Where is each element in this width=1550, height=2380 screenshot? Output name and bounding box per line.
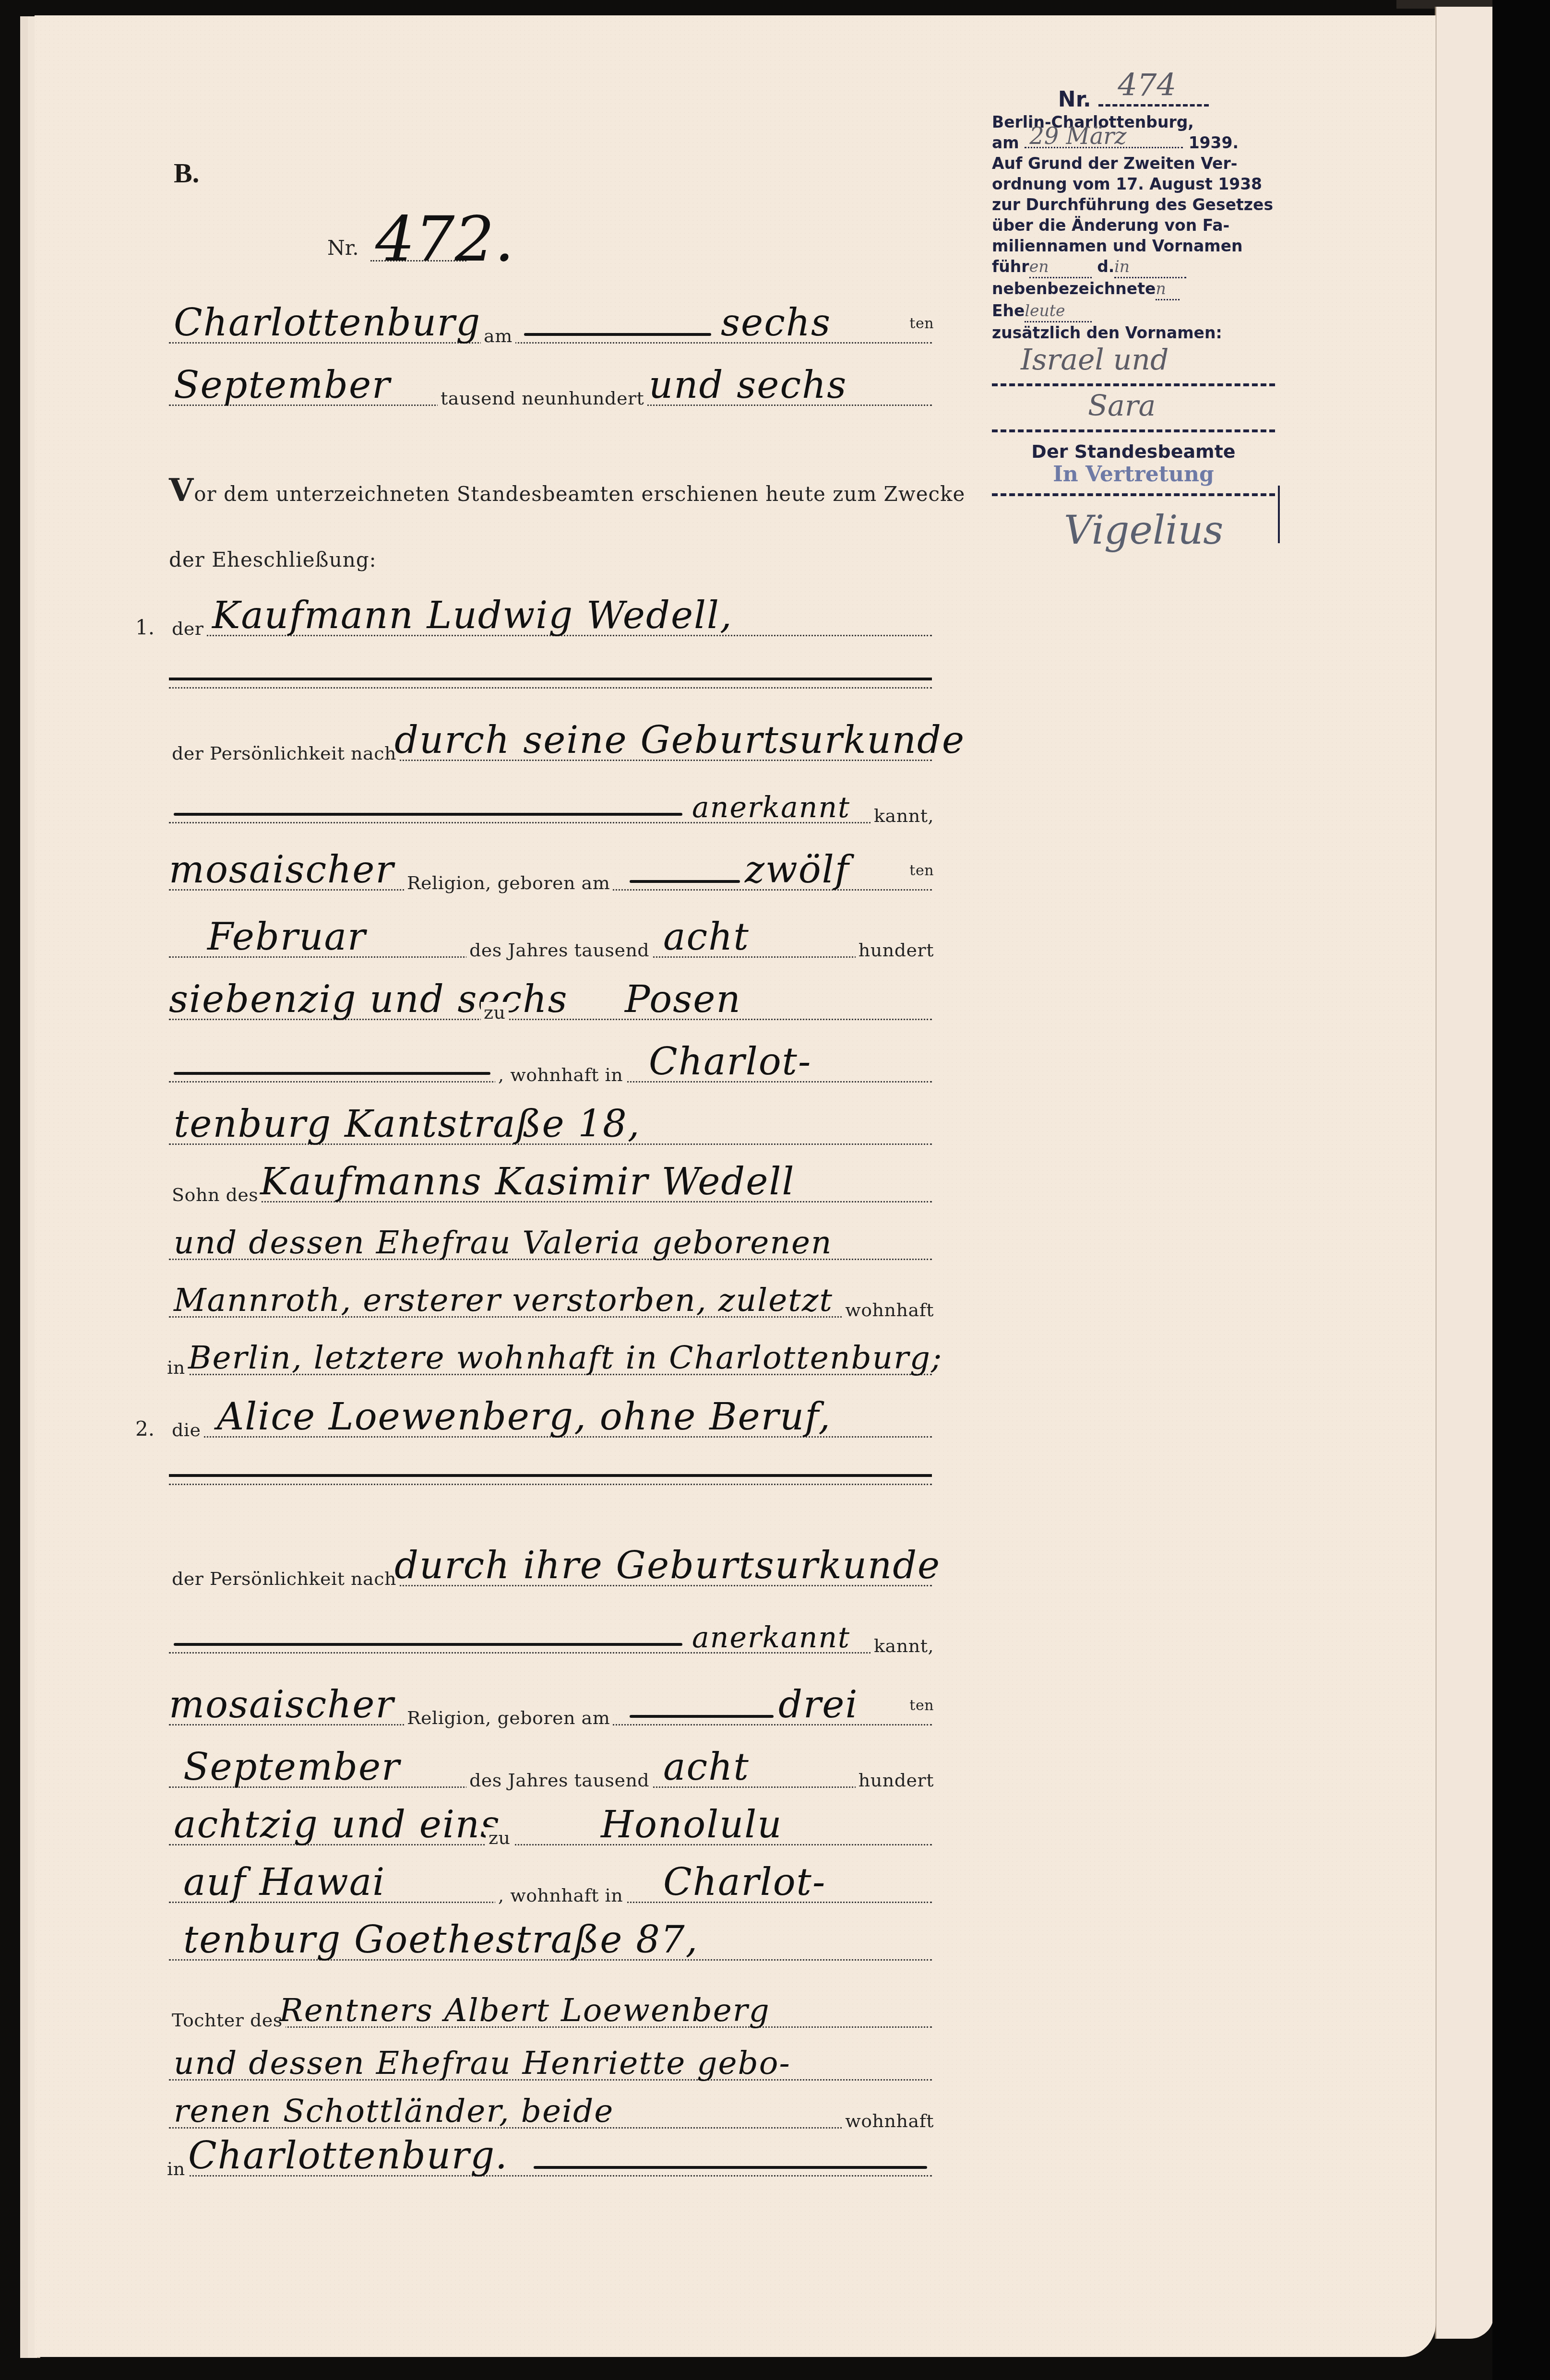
year-printed-label: tausend neunhundert [438, 388, 647, 409]
stamp-line-1: Auf Grund der Zweiten Ver- [992, 153, 1275, 174]
hundert-label: hundert [856, 1770, 937, 1791]
thick-rule [169, 678, 932, 680]
stamp-nr-label: Nr. [1058, 87, 1091, 112]
religion-label: Religion, geboren am [404, 872, 613, 893]
zu-label: zu [486, 1827, 513, 1848]
groom-parents-residence-row: in Berlin, letztere wohnhaft in Charlott… [169, 1335, 932, 1378]
ten-label: ten [906, 1697, 937, 1714]
strike-rule [630, 880, 740, 883]
groom-known-row: anerkannt kannt, [169, 783, 932, 826]
strike-rule [630, 1715, 774, 1718]
groom-residence-2: tenburg Kantstraße 18, [174, 1103, 641, 1146]
parents-label: Tochter des [169, 2010, 286, 2031]
bride-mother-1: und dessen Ehefrau Henriette gebo- [174, 2045, 791, 2082]
stamp-official-title: Der Standesbeamte [992, 441, 1275, 462]
bride-birthplace-row: achtzig und eins zu Honolulu [169, 1805, 932, 1848]
ten-label: ten [906, 862, 937, 879]
stamp-ehe-line: Eheleute [992, 300, 1275, 322]
section-letter: B. [174, 157, 199, 189]
stamp-line-4: über die Änderung von Fa- [992, 215, 1275, 236]
stamp-fuehr-hand: en [1029, 256, 1092, 278]
groom-father: Kaufmanns Kasimir Wedell [260, 1160, 795, 1203]
groom-parents-residence: Berlin, letztere wohnhaft in Charlottenb… [188, 1339, 942, 1376]
place-value: Charlottenburg [174, 301, 481, 345]
strike-rule [174, 1072, 490, 1075]
entry-number-value: 472. [375, 202, 514, 275]
groom-religion: mosaischer [169, 848, 394, 892]
bride-residence-row-2: tenburg Goethestraße 87, [169, 1920, 932, 1963]
stamp-fuehr-line: führen d.in [992, 256, 1275, 278]
bride-month-row: September des Jahres tausend acht hunder… [169, 1748, 932, 1791]
bride-parents-residence-row: in Charlottenburg. [169, 2136, 932, 2179]
ten-label: ten [906, 315, 937, 332]
stamp-names-1: Israel und [992, 343, 1275, 377]
strike-rule [534, 2166, 927, 2169]
bride-birthplace-2: auf Hawai [183, 1861, 385, 1904]
stamp-names-hand-1: Israel und [1021, 343, 1168, 377]
dotted-line [169, 1484, 932, 1485]
intro-text: Vor dem unterzeichneten Standesbeamten e… [169, 471, 965, 509]
groom-mother-1: und dessen Ehefrau Valeria geborenen [174, 1224, 832, 1261]
register-page: B. Nr. 472. Charlottenburg am sechs ten … [35, 15, 1436, 2357]
scan-right-border [1492, 0, 1550, 2380]
year-hand-value: und sechs [649, 364, 847, 407]
bride-mother-row: und dessen Ehefrau Henriette gebo- [169, 2040, 932, 2083]
stamp-nr-value: 474 [1118, 68, 1176, 103]
stamp-wavy-rule [992, 489, 1275, 496]
stamp-year: 1939. [1189, 133, 1239, 152]
bride-birth-century: acht [663, 1746, 750, 1789]
stamp-line-3: zur Durchführung des Gesetzes [992, 194, 1275, 215]
stamp-date-field: 29 März [1025, 132, 1183, 148]
known-suffix: kannt, [871, 1635, 937, 1656]
bride-mother-row-2: renen Schottländer, beide wohnhaft [169, 2088, 932, 2131]
groom-name: Kaufmann Ludwig Wedell, [212, 594, 733, 637]
stamp-nr-line: 474 [1098, 99, 1209, 107]
am-label: am [481, 325, 515, 346]
bride-known-row: anerkannt kannt, [169, 1613, 932, 1656]
bride-father-row: Tochter des Rentners Albert Loewenberg [169, 1987, 932, 2031]
residence-label: , wohnhaft in [495, 1885, 626, 1906]
zu-label: zu [481, 1002, 509, 1023]
intro-line2: der Eheschließung: [169, 548, 377, 571]
groom-religion-row: mosaischer Religion, geboren am zwölf te… [169, 850, 932, 893]
intro-rest: or dem unterzeichneten Standesbeamten er… [194, 482, 965, 506]
intro-initial: V [169, 471, 194, 509]
stamp-fuehr-label: führ [992, 257, 1029, 276]
stamp-names-hand-2: Sara [1088, 389, 1156, 423]
groom-month-row: Februar des Jahres tausend acht hundert [169, 917, 932, 961]
stamp-neben-line: nebenbezeichneten [992, 278, 1275, 300]
stamp-am-label: am [992, 133, 1019, 152]
groom-mother-row: und dessen Ehefrau Valeria geborenen [169, 1220, 932, 1263]
stamp-date-hand: 29 März [1029, 126, 1126, 147]
bride-identity-value: durch ihre Geburtsurkunde [394, 1544, 941, 1587]
bride-name: Alice Loewenberg, ohne Beruf, [217, 1395, 831, 1439]
bride-religion: mosaischer [169, 1683, 394, 1726]
religion-label: Religion, geboren am [404, 1707, 613, 1728]
bride-birth-day: drei [778, 1683, 858, 1726]
stamp-signature: Vigelius [1064, 508, 1275, 553]
entry-number-label: Nr. [327, 236, 359, 260]
bride-known-hand: anerkannt [692, 1621, 850, 1654]
bride-number: 2. [135, 1417, 155, 1440]
stamp-d-hand: in [1114, 256, 1186, 278]
day-value: sechs [721, 301, 831, 345]
stamp-number: Nr. 474 [992, 87, 1275, 112]
bride-birth-month: September [183, 1746, 400, 1789]
groom-article: der [169, 618, 206, 639]
stamp-line-5: miliennamen und Vornamen [992, 236, 1275, 256]
groom-strike-rule [169, 673, 932, 702]
bride-parents-residence: Charlottenburg. [188, 2134, 508, 2178]
stamp-zusaetzlich-label: zusätzlich den Vornamen: [992, 322, 1275, 343]
groom-mother-2: Mannroth, ersterer verstorben, zuletzt [174, 1282, 833, 1319]
month-year-row: September tausend neunhundert und sechs [169, 366, 932, 409]
stamp-d-label: d. [1097, 257, 1114, 276]
hundert-label: hundert [856, 940, 937, 961]
known-suffix: kannt, [871, 805, 937, 826]
stamp-neben-label: nebenbezeichnete [992, 279, 1156, 298]
bride-name-row: 2. die Alice Loewenberg, ohne Beruf, [169, 1397, 932, 1440]
stamp-wavy-rule [992, 426, 1275, 432]
stamp-wavy-rule [992, 380, 1275, 386]
bride-residence-1: Charlot- [663, 1861, 826, 1904]
thick-rule [169, 1474, 932, 1477]
groom-mother-row-2: Mannroth, ersterer verstorben, zuletzt w… [169, 1277, 932, 1321]
groom-name-row: 1. der Kaufmann Ludwig Wedell, [169, 596, 932, 639]
groom-birth-month: Februar [207, 916, 366, 959]
year-label: des Jahres tausend [466, 1770, 652, 1791]
groom-identity-value: durch seine Geburtsurkunde [394, 719, 965, 762]
parents-label: Sohn des [169, 1184, 261, 1205]
groom-identity-row: der Persönlichkeit nach durch seine Gebu… [169, 721, 932, 764]
right-leaf-edge [1435, 7, 1494, 2339]
wohnhaft-label: wohnhaft [842, 1299, 937, 1321]
groom-father-row: Sohn des Kaufmanns Kasimir Wedell [169, 1162, 932, 1205]
groom-residence-row-2: tenburg Kantstraße 18, [169, 1105, 932, 1148]
in-label: in [164, 2158, 188, 2179]
bride-residence-2: tenburg Goethestraße 87, [183, 1918, 698, 1962]
bride-mother-2: renen Schottländer, beide [174, 2093, 614, 2130]
bride-father: Rentners Albert Loewenberg [279, 1992, 770, 2029]
stamp-line-2: ordnung vom 17. August 1938 [992, 174, 1275, 194]
strike-rule [174, 1643, 682, 1646]
groom-residence-1: Charlot- [649, 1040, 811, 1083]
groom-residence-row: , wohnhaft in Charlot- [169, 1042, 932, 1085]
groom-number: 1. [135, 616, 155, 639]
bride-identity-row: der Persönlichkeit nach durch ihre Gebur… [169, 1546, 932, 1589]
stamp-representation: In Vertretung [992, 462, 1275, 487]
stamp-date-line: am 29 März 1939. [992, 132, 1275, 153]
groom-birthplace: Posen [625, 978, 741, 1021]
year-label: des Jahres tausend [466, 940, 652, 961]
month-value: September [174, 364, 391, 407]
stamp-ehe-hand: leute [1025, 300, 1092, 322]
bride-strike-rule [169, 1469, 932, 1498]
groom-birth-day: zwölf [745, 848, 850, 892]
stamp-names-2: Sara [992, 389, 1275, 423]
residence-label: , wohnhaft in [495, 1064, 626, 1085]
groom-identity-label: der Persönlichkeit nach [169, 743, 399, 764]
bride-article: die [169, 1419, 203, 1440]
stamp-neben-hand: n [1156, 278, 1180, 300]
bride-birth-year-rest: achtzig und eins [174, 1803, 501, 1846]
stamp-frame-edge [1278, 486, 1280, 543]
strike-rule [524, 333, 711, 336]
name-change-stamp: Nr. 474 Berlin-Charlottenburg, am 29 Mär… [992, 87, 1275, 553]
groom-birth-century: acht [663, 916, 750, 959]
wohnhaft-label: wohnhaft [842, 2110, 937, 2131]
bride-residence-row: auf Hawai , wohnhaft in Charlot- [169, 1863, 932, 1906]
bride-identity-label: der Persönlichkeit nach [169, 1568, 399, 1589]
groom-birthplace-row: siebenzig und sechs zu Posen [169, 980, 932, 1023]
groom-known-hand: anerkannt [692, 791, 850, 824]
bride-birthplace-1: Honolulu [601, 1803, 783, 1846]
strike-rule [174, 813, 682, 816]
place-date-row: Charlottenburg am sechs ten [169, 303, 932, 346]
stamp-ehe-label: Ehe [992, 301, 1025, 320]
bride-religion-row: mosaischer Religion, geboren am drei ten [169, 1685, 932, 1728]
in-label: in [164, 1357, 188, 1378]
dotted-line [169, 687, 932, 689]
